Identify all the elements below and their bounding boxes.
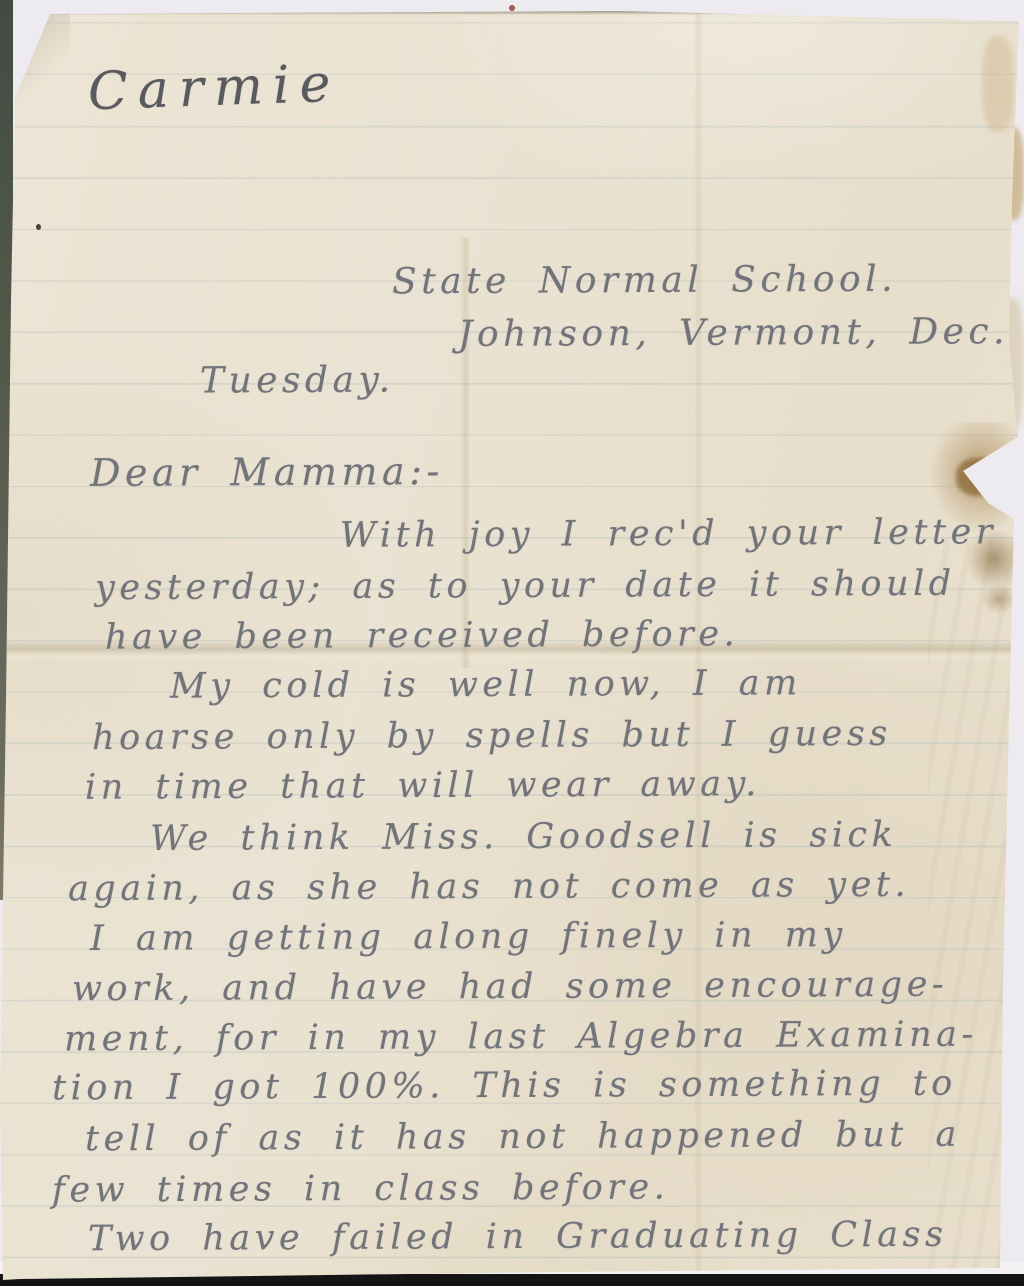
letter-line: again, as she has not come as yet. (68, 865, 910, 909)
letter-line: few times in class before. (52, 1167, 669, 1210)
paper-top-edge-shadow (38, 11, 1020, 15)
letter-line: yesterday; as to your date it should (95, 564, 956, 609)
letter-line: We think Miss. Goodsell is sick (150, 815, 897, 859)
letter-line: have been received before. (105, 614, 739, 657)
letter-paper-sheet: Carmie State Normal School. Johnson, Ver… (0, 0, 1024, 1286)
letterhead-dateline: Johnson, Vermont, Dec. 7, 1886. (458, 310, 1024, 355)
letter-day: Tuesday. (200, 359, 395, 401)
tear-stain-core (956, 458, 1000, 496)
dark-speck (36, 224, 41, 230)
folded-corner-shade (10, 10, 70, 110)
salutation: Dear Mamma:- (90, 449, 444, 495)
letter-line: in time that will wear away. (85, 764, 761, 808)
letter-line: tell of as it has not happened but a (85, 1115, 961, 1160)
edge-discoloration (982, 36, 1014, 132)
name-annotation: Carmie (87, 54, 341, 123)
letter-line: tion I got 100%. This is something to (52, 1064, 957, 1109)
letterhead-school: State Normal School. (392, 259, 897, 303)
dust-speck (509, 5, 515, 11)
letter-line: My cold is well now, I am (170, 663, 802, 706)
letter-line: work, and have had some encourage- (72, 965, 948, 1010)
ink-blot-stain (982, 584, 1016, 614)
wrinkled-paper-area (928, 540, 1014, 1280)
letter-line: hoarse only by spells but I guess (92, 714, 892, 758)
letter-line: Two have failed in Graduating Class (88, 1215, 948, 1260)
scanned-letter-page: { "document": { "kind": "handwritten-let… (0, 0, 1024, 1286)
letter-line: ment, for in my last Algebra Examina- (64, 1015, 978, 1060)
letter-line: With joy I rec'd your letter (340, 512, 997, 555)
letter-line: I am getting along finely in my (90, 915, 847, 959)
